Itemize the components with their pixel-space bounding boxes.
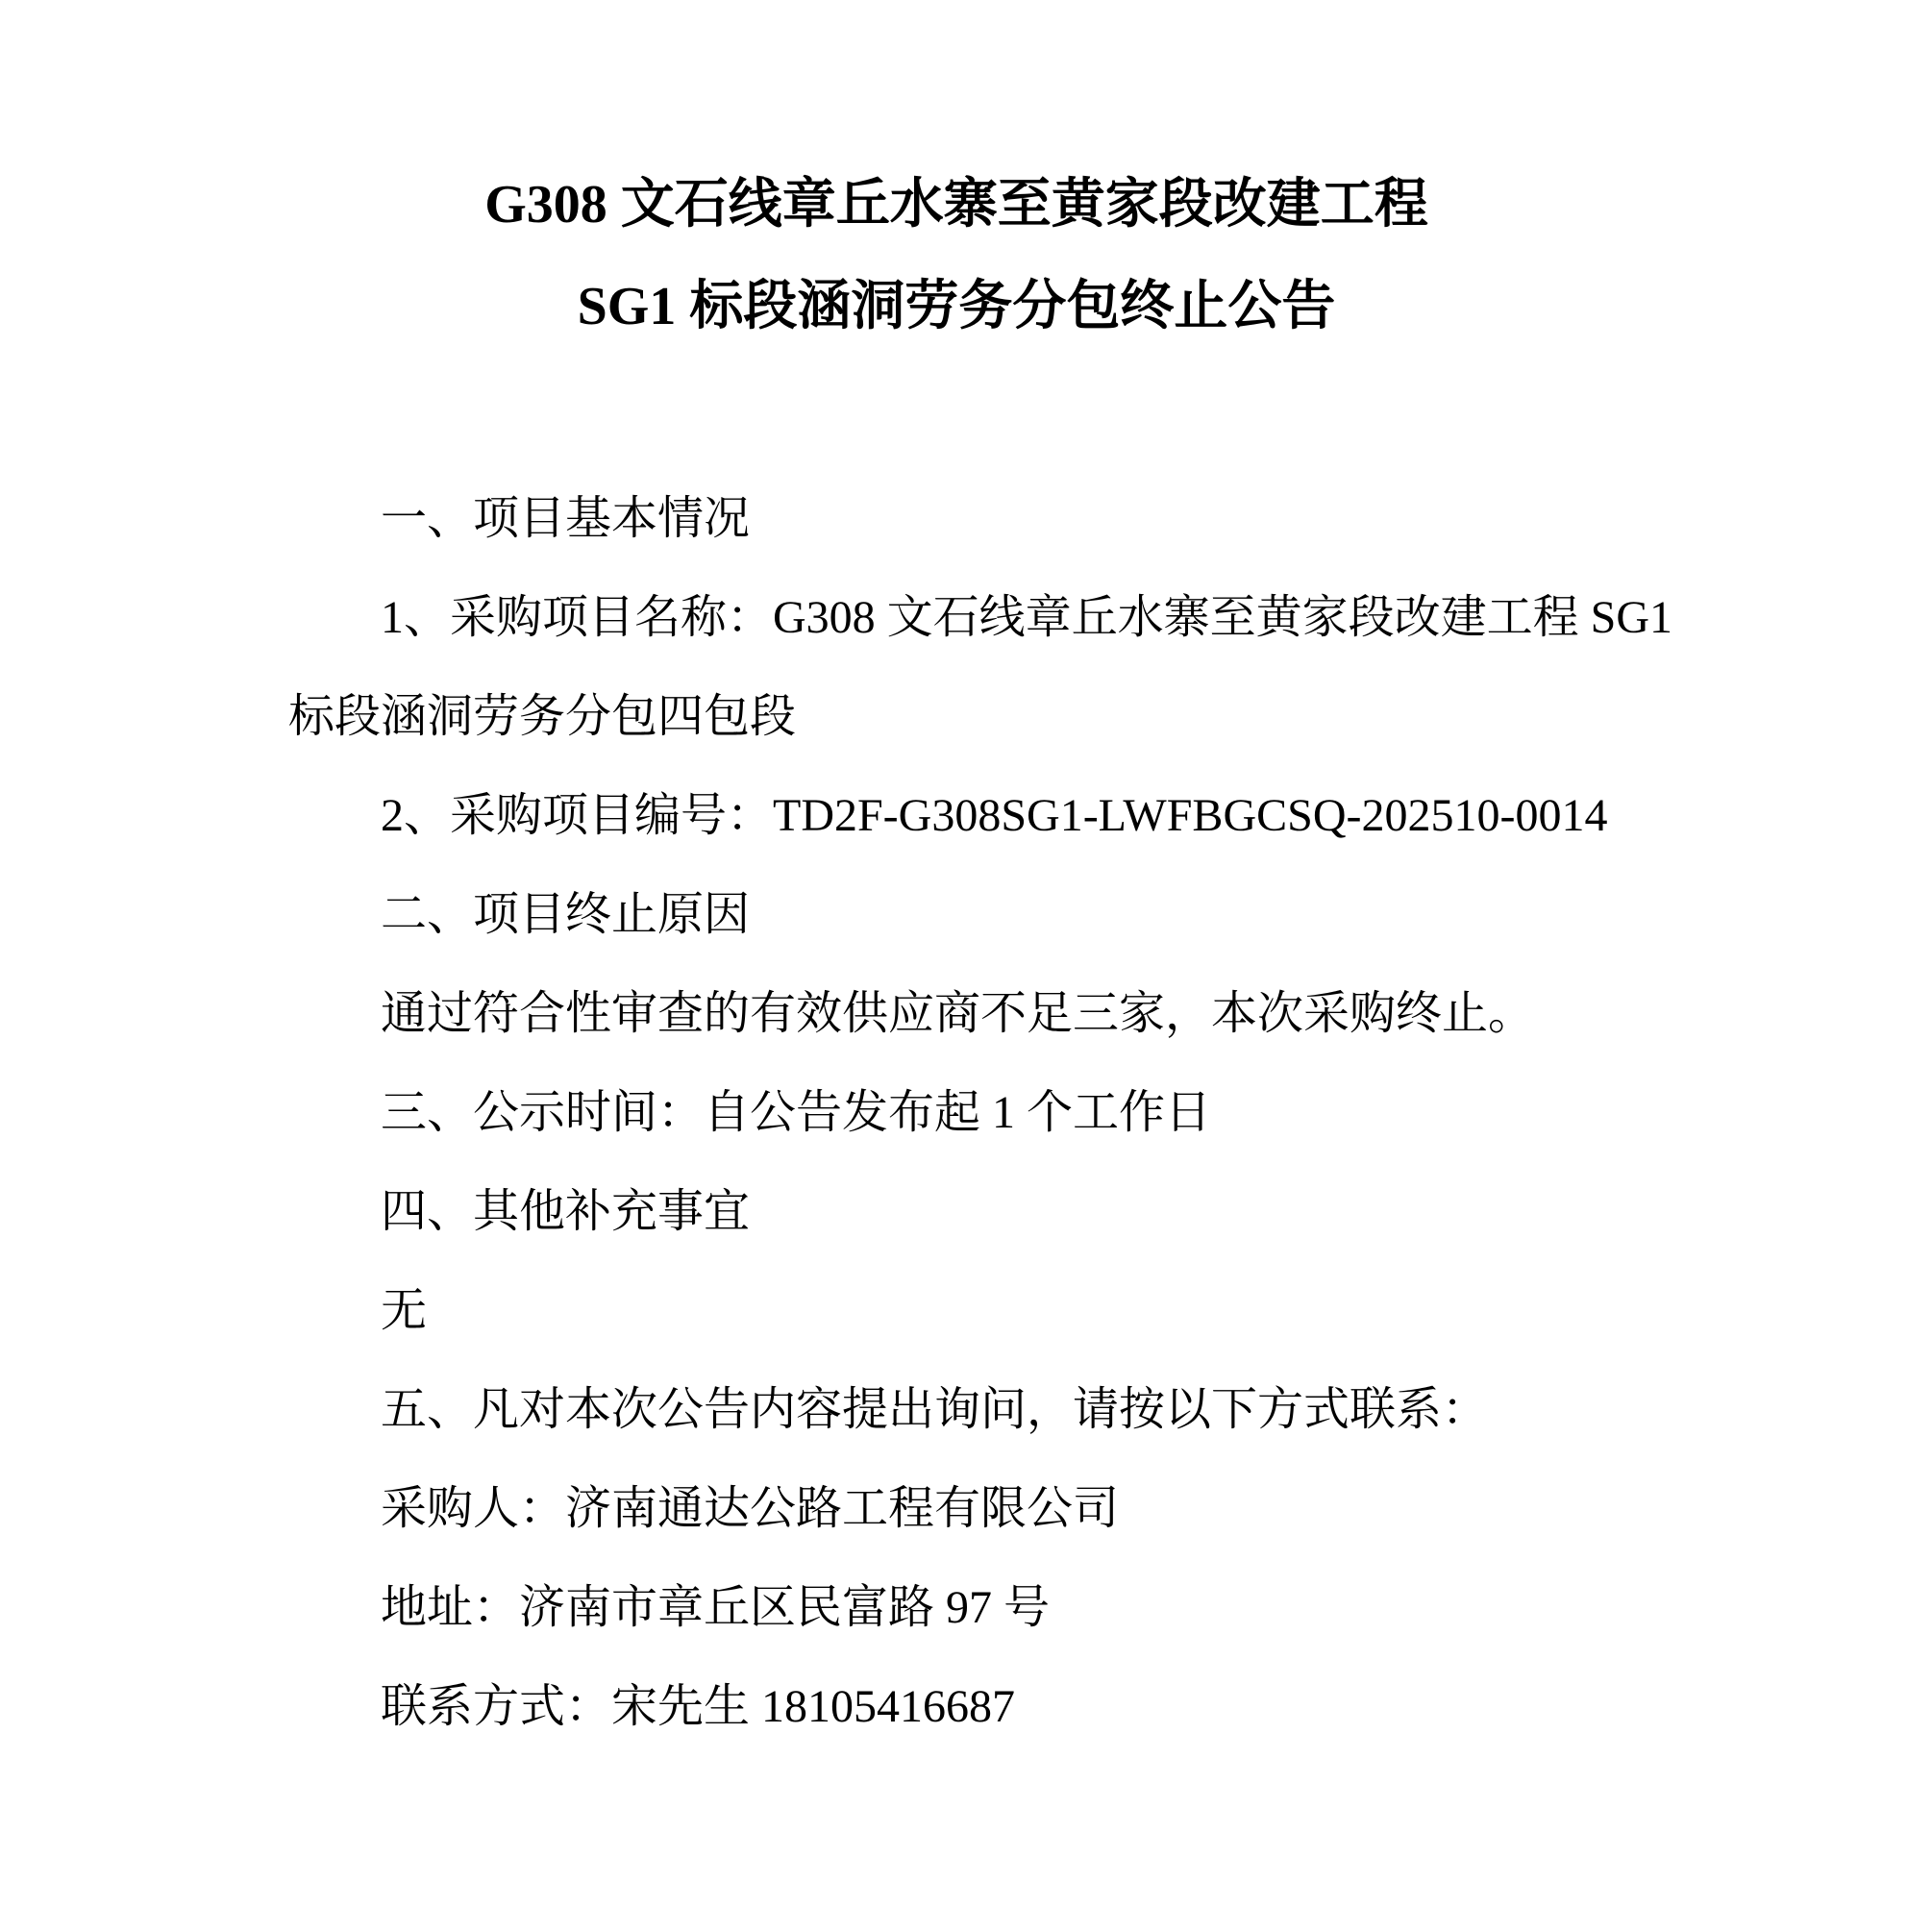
line-project-number: 2、采购项目编号：TD2F-G308SG1-LWFBGCSQ-202510-00…: [288, 766, 1626, 865]
line-publicity-period: 三、公示时间：自公告发布起 1 个工作日: [288, 1063, 1626, 1162]
section-heading-termination: 二、项目终止原因: [288, 865, 1626, 964]
section-heading-basic-info: 一、项目基本情况: [288, 469, 1626, 568]
line-contact-phone: 联系方式：宋先生 18105416687: [288, 1657, 1626, 1756]
line-contact-instruction: 五、凡对本次公告内容提出询问，请按以下方式联系：: [288, 1360, 1626, 1459]
title-line-1: G308 文石线章丘水寨至黄家段改建工程: [288, 154, 1624, 256]
section-heading-other-matters: 四、其他补充事宜: [288, 1162, 1626, 1261]
line-termination-reason: 通过符合性审查的有效供应商不足三家，本次采购终止。: [288, 964, 1626, 1063]
title-line-2: SG1 标段涵洞劳务分包终止公告: [288, 256, 1624, 358]
document-body: 一、项目基本情况 1、采购项目名称：G308 文石线章丘水寨至黄家段改建工程 S…: [288, 469, 1626, 1756]
line-purchaser: 采购人：济南通达公路工程有限公司: [288, 1459, 1626, 1558]
line-other-matters-none: 无: [288, 1261, 1626, 1360]
document-page: G308 文石线章丘水寨至黄家段改建工程 SG1 标段涵洞劳务分包终止公告 一、…: [0, 0, 1907, 1932]
document-title: G308 文石线章丘水寨至黄家段改建工程 SG1 标段涵洞劳务分包终止公告: [288, 154, 1624, 358]
line-project-name-continuation: 标段涵洞劳务分包四包段: [288, 667, 1626, 766]
line-address: 地址：济南市章丘区民富路 97 号: [288, 1558, 1626, 1657]
line-project-name: 1、采购项目名称：G308 文石线章丘水寨至黄家段改建工程 SG1: [288, 568, 1626, 667]
